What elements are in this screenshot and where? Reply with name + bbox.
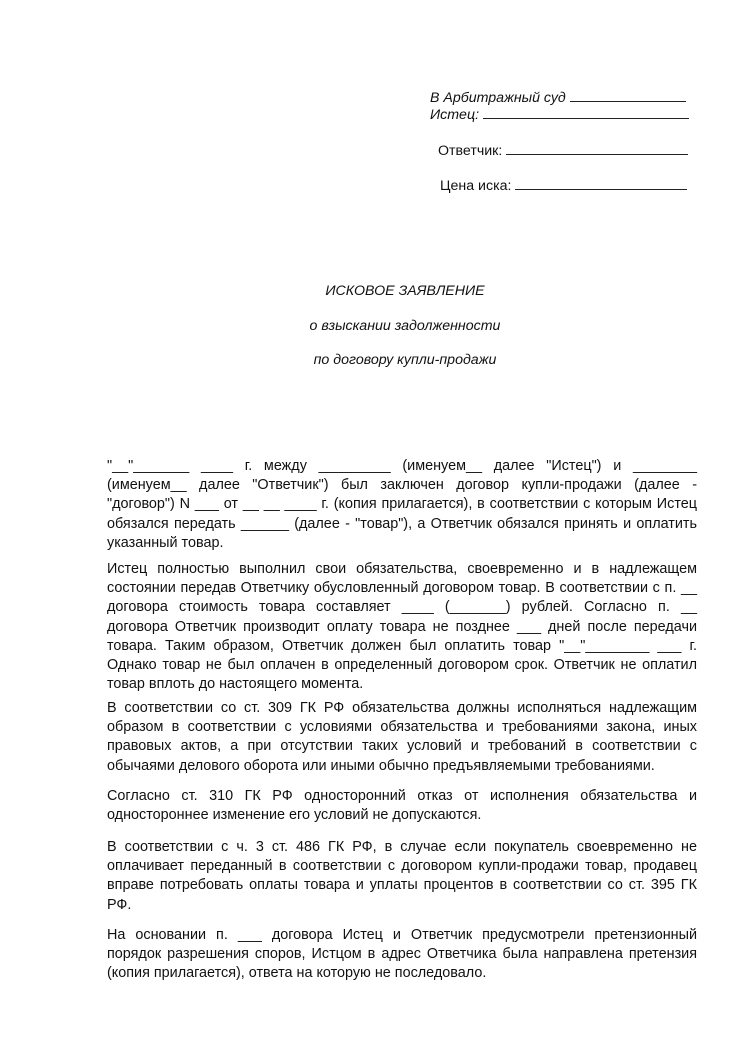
plaintiff-label: Истец:: [430, 106, 479, 124]
claim-price-blank: [515, 177, 687, 190]
paragraph-art-309: В соответствии со ст. 309 ГК РФ обязател…: [107, 699, 697, 776]
paragraph-obligations: Истец полностью выполнил свои обязательс…: [107, 560, 697, 694]
paragraph-art-310: Согласно ст. 310 ГК РФ односторонний отк…: [107, 787, 697, 825]
document-page: В Арбитражный суд Истец: Ответчик: Цена …: [0, 0, 750, 1061]
paragraph-claim: На основании п. ___ договора Истец и Отв…: [107, 926, 697, 984]
court-line: В Арбитражный суд: [430, 89, 686, 107]
plaintiff-line: Истец:: [430, 106, 689, 124]
document-subtitle-1: о взыскании задолженности: [0, 317, 750, 335]
claim-price-label: Цена иска:: [440, 177, 511, 195]
court-blank: [570, 89, 686, 102]
document-subtitle-2: по договору купли-продажи: [0, 351, 750, 369]
defendant-blank: [506, 142, 688, 155]
defendant-label: Ответчик:: [438, 142, 502, 160]
document-title: ИСКОВОЕ ЗАЯВЛЕНИЕ: [0, 282, 750, 300]
paragraph-contract: "__"_______ ____ г. между _________ (име…: [107, 457, 697, 553]
claim-price-line: Цена иска:: [440, 177, 687, 195]
defendant-line: Ответчик:: [438, 142, 688, 160]
plaintiff-blank: [483, 106, 689, 119]
court-label: В Арбитражный суд: [430, 89, 566, 107]
paragraph-art-486: В соответствии с ч. 3 ст. 486 ГК РФ, в с…: [107, 838, 697, 915]
